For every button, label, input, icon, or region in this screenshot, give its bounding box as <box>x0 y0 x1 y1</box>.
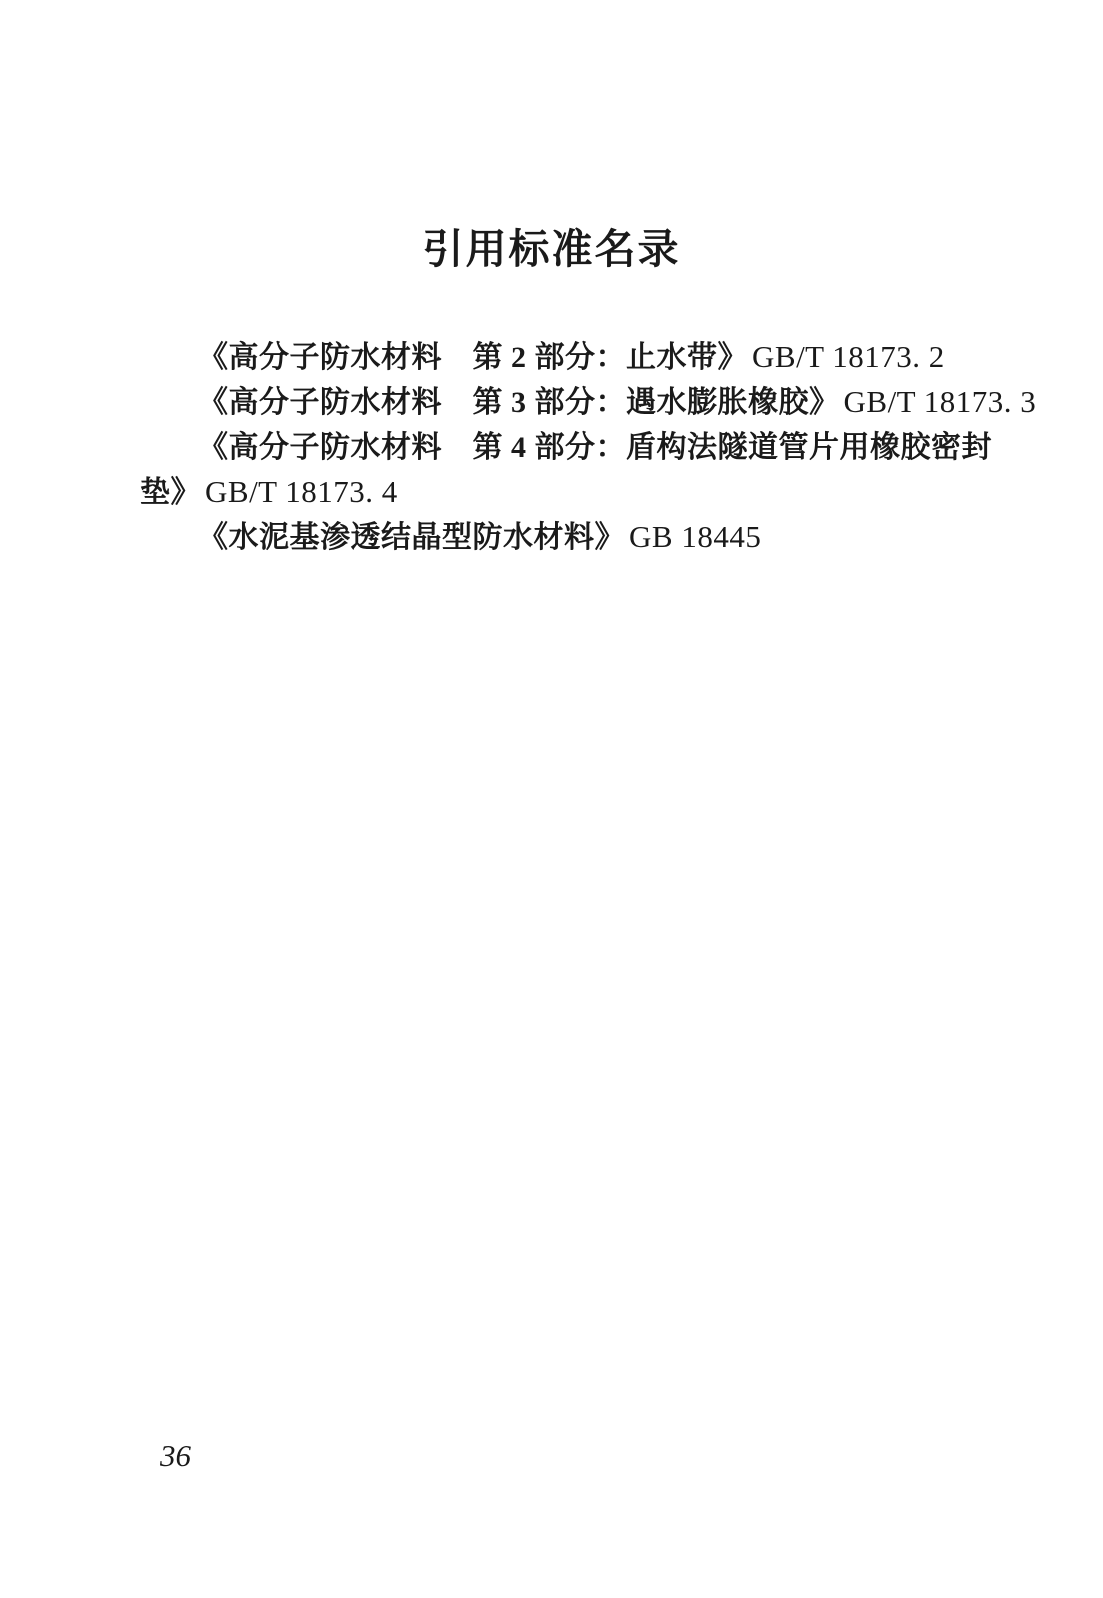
standard-code: GB 18445 <box>629 519 761 554</box>
standard-code: GB/T 18173. 3 <box>844 384 1037 419</box>
standards-list: 《高分子防水材料 第 2 部分：止水带》GB/T 18173. 2 《高分子防水… <box>140 334 970 559</box>
standard-line: 《高分子防水材料 第 4 部分：盾构法隧道管片用橡胶密封 <box>140 424 970 469</box>
standard-name: 《高分子防水材料 第 3 部分：遇水膨胀橡胶》 <box>198 386 840 419</box>
standard-line: 《水泥基渗透结晶型防水材料》GB 18445 <box>140 514 970 559</box>
standard-line-continuation: 垫》GB/T 18173. 4 <box>140 469 970 514</box>
standard-name: 《水泥基渗透结晶型防水材料》 <box>198 521 625 554</box>
standard-name: 《高分子防水材料 第 4 部分：盾构法隧道管片用橡胶密封 <box>198 431 992 464</box>
standard-name: 《高分子防水材料 第 2 部分：止水带》 <box>198 341 748 374</box>
standard-name: 垫》 <box>140 476 201 509</box>
standard-code: GB/T 18173. 2 <box>752 339 945 374</box>
page-title: 引用标准名录 <box>0 216 1103 275</box>
standard-code: GB/T 18173. 4 <box>205 474 398 509</box>
standard-line: 《高分子防水材料 第 3 部分：遇水膨胀橡胶》GB/T 18173. 3 <box>140 379 970 424</box>
page-number: 36 <box>160 1438 191 1474</box>
standard-line: 《高分子防水材料 第 2 部分：止水带》GB/T 18173. 2 <box>140 334 970 379</box>
document-page: 引用标准名录 《高分子防水材料 第 2 部分：止水带》GB/T 18173. 2… <box>0 0 1103 1598</box>
